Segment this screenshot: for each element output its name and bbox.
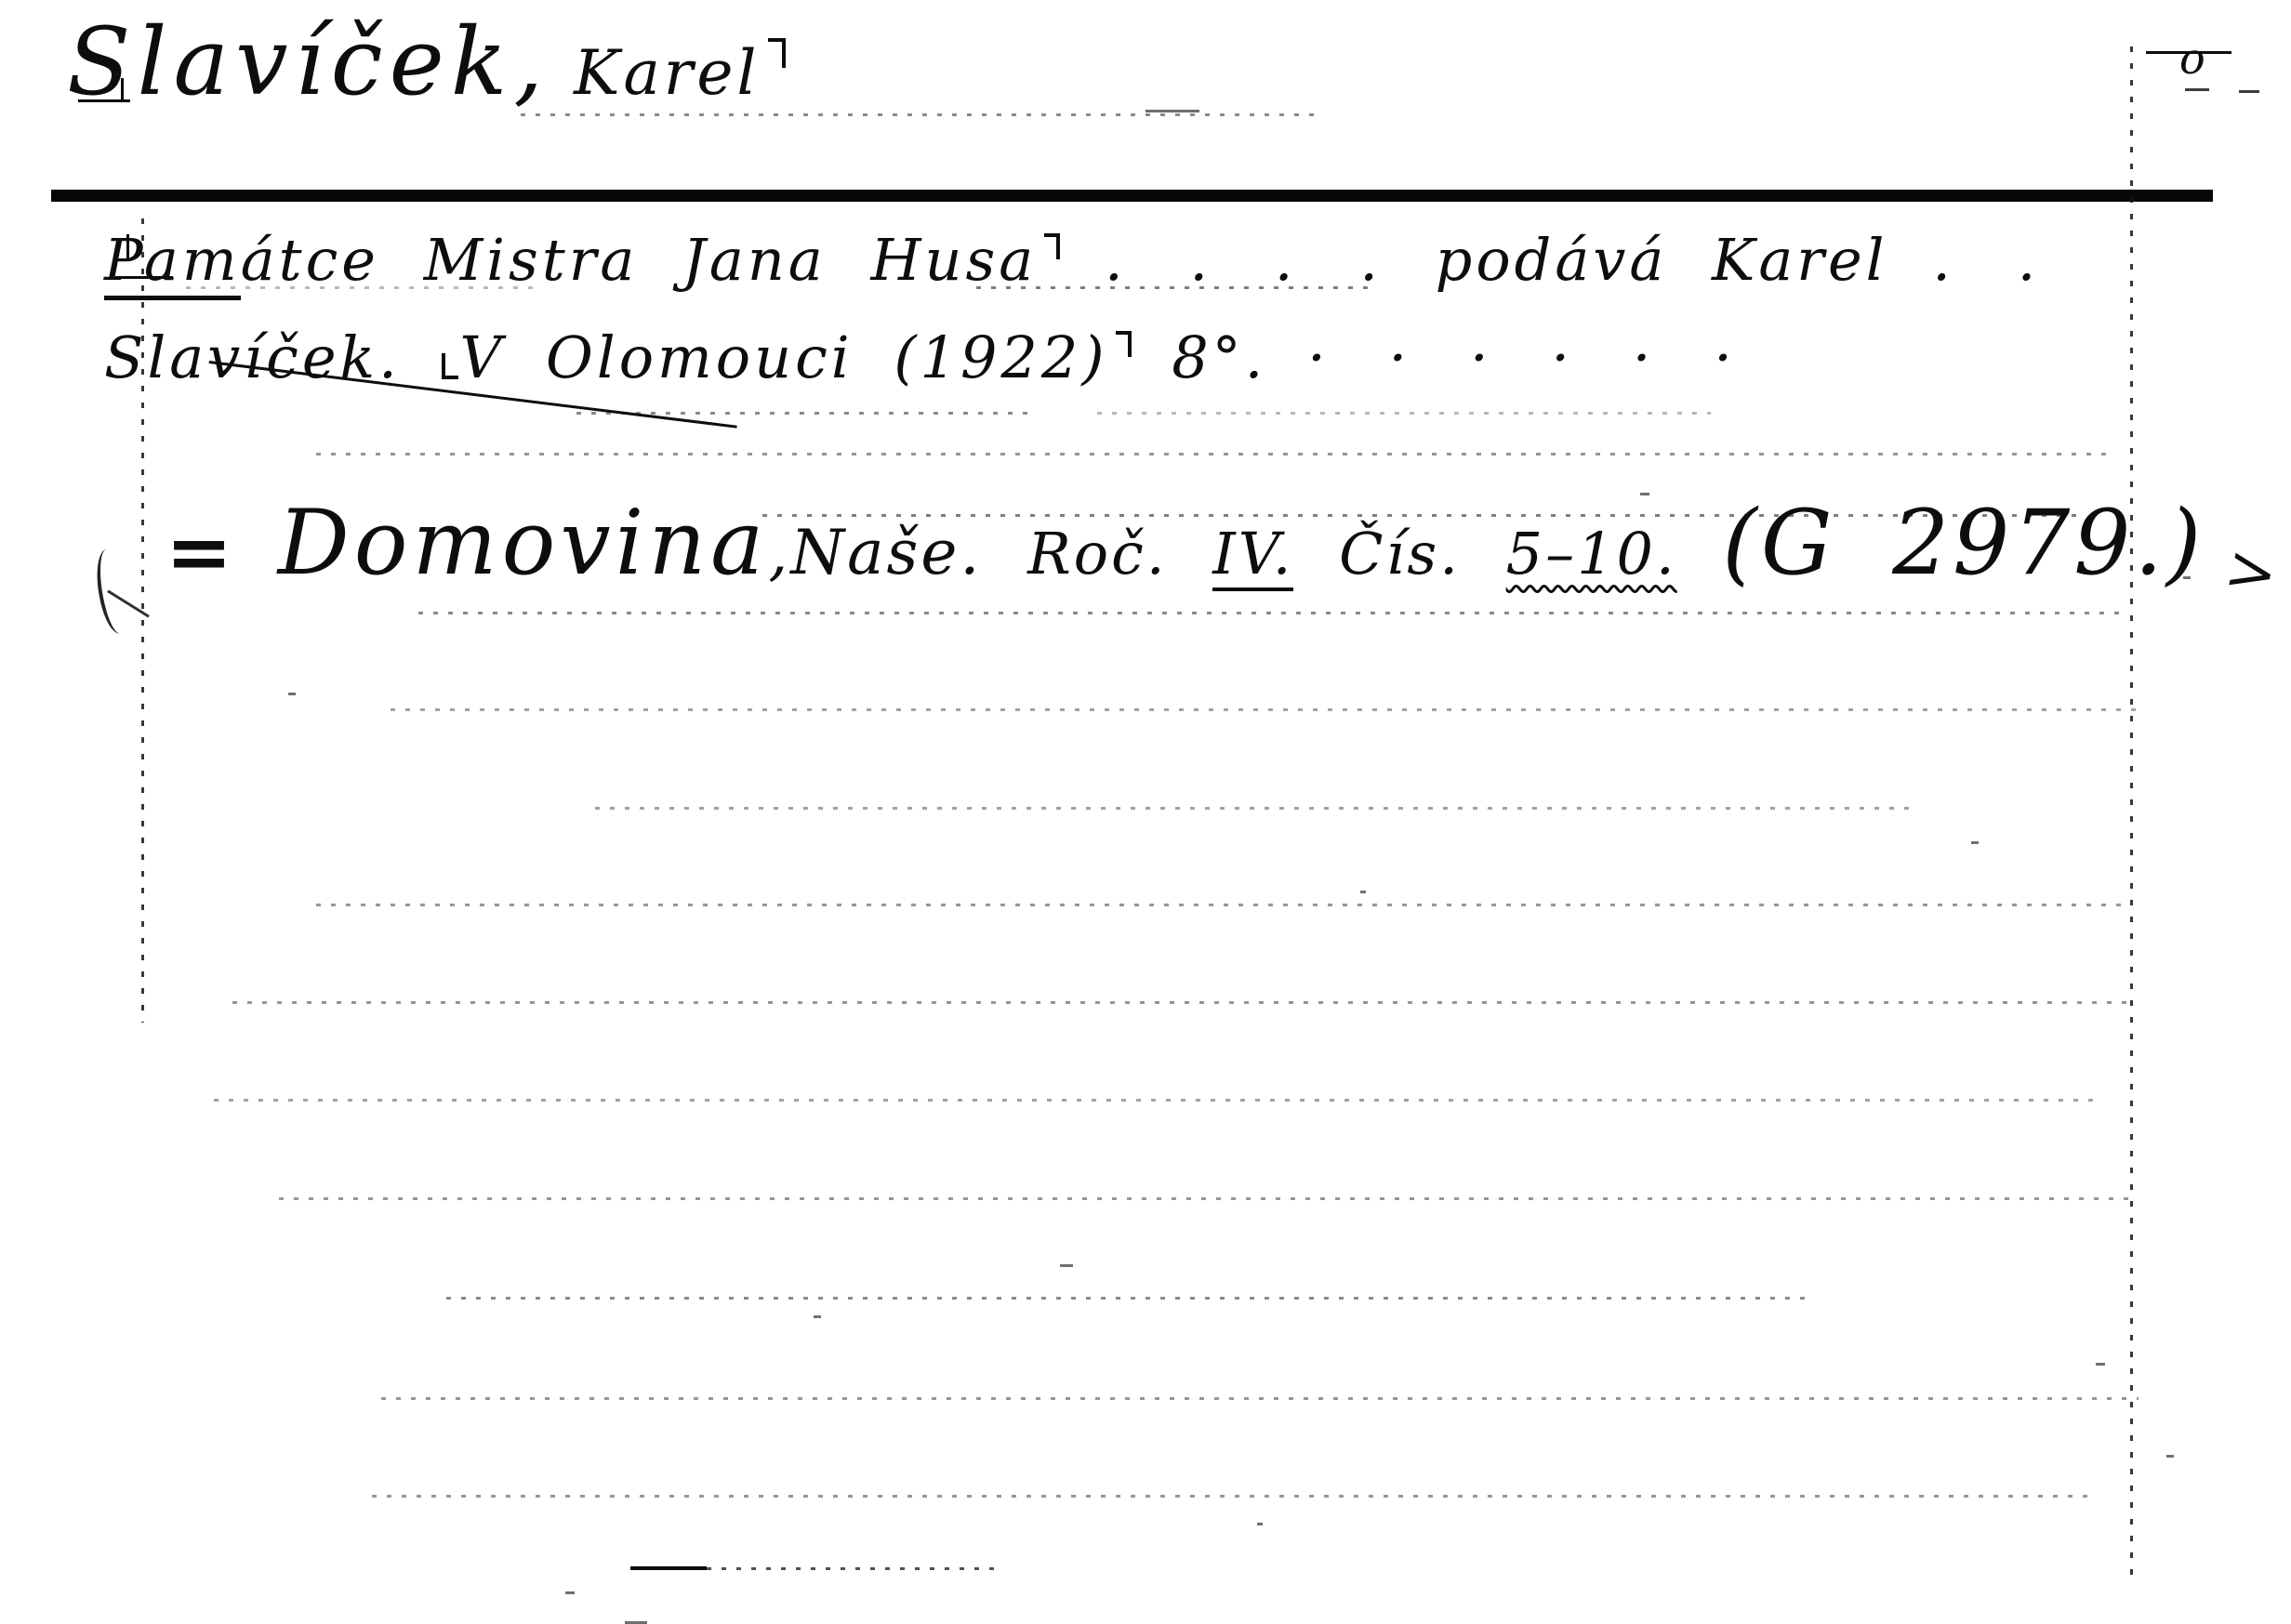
ruled-dotted-line: [707, 1567, 995, 1570]
ruled-dotted-line: [418, 612, 2129, 614]
heading-rule: [51, 190, 2213, 202]
scan-speck: [565, 1591, 575, 1594]
reference-line: = Domovina,Naše. Roč. IV. Čís. 5–10. (G …: [166, 491, 2205, 599]
title-responsibility: podává Karel: [1436, 226, 1888, 294]
ink-stroke: [2146, 51, 2231, 54]
scan-speck: [2183, 576, 2191, 579]
trailing-dots: . .: [1932, 226, 2048, 294]
ellipsis-dots: . . . .: [1105, 226, 1391, 294]
issue-range: 5–10.: [1506, 520, 1677, 588]
ink-stroke: [1145, 110, 1199, 112]
ink-stroke: [2239, 90, 2259, 93]
ruled-dotted-line: [214, 1099, 2101, 1102]
ruled-dotted-line: [232, 1001, 2129, 1004]
title-text: átce Mistra Jana Husa: [241, 226, 1038, 294]
comma: ,: [768, 517, 790, 588]
journal-title: Domovina: [278, 491, 769, 595]
corner-annotation: o: [2179, 33, 2205, 84]
scan-speck: [1360, 891, 1366, 893]
ruled-dotted-line: [1097, 412, 1711, 415]
card-heading: Slavíček,Karel: [67, 7, 786, 116]
equals-sign: =: [166, 505, 232, 599]
issue-label: Čís.: [1339, 520, 1461, 588]
ruled-dotted-line: [595, 807, 1915, 810]
ruled-dotted-line: [186, 286, 539, 289]
ruled-dotted-line: [316, 904, 2129, 906]
scan-speck: [288, 693, 296, 695]
ruled-dotted-line: [391, 708, 2139, 711]
title-line-1: Památce Mistra Jana Husa . . . . podává …: [104, 226, 2048, 294]
ruled-dotted-line: [316, 453, 2111, 456]
heading-forename: Karel: [574, 37, 760, 109]
half-bracket-close-icon: [1116, 331, 1132, 357]
catalog-card: Slavíček,Karel Památce Mistra Jana Husa …: [0, 0, 2291, 1624]
scan-speck: [1060, 1264, 1073, 1267]
half-bracket-open-icon: [442, 353, 458, 379]
title-line-2: Slavíček. V Olomouci (1922) 8°. · · · · …: [104, 323, 1745, 391]
imprint-year: (1922): [894, 323, 1107, 391]
imprint-place: V Olomouci: [460, 323, 854, 391]
ruled-dotted-line: [381, 1397, 2139, 1400]
scan-speck: [2096, 1363, 2105, 1366]
volume-number: IV.: [1212, 520, 1293, 591]
margin-scribble-icon: [91, 547, 135, 636]
ink-stroke: [126, 234, 129, 260]
ruled-dotted-line: [372, 1495, 2092, 1498]
heading-surname: Slavíček,: [67, 7, 550, 116]
scan-speck: [1257, 1523, 1263, 1525]
scan-speck: [1971, 841, 1979, 844]
half-bracket-close-icon: [1044, 233, 1060, 259]
ruled-dotted-line: [521, 113, 1320, 116]
ink-stroke: [78, 99, 130, 102]
scan-speck: [814, 1315, 821, 1318]
ink-stroke: [2185, 88, 2209, 91]
ruled-dotted-line: [976, 286, 1376, 289]
ruled-dotted-line: [762, 514, 2083, 517]
scan-speck: [2166, 1455, 2174, 1458]
margin-dotted-line: [2130, 46, 2133, 1578]
volume-label: Roč.: [1027, 520, 1167, 588]
ruled-dotted-line: [279, 1197, 2129, 1200]
right-margin-mark: >: [2219, 531, 2284, 612]
half-bracket-close-icon: [768, 38, 786, 68]
ruled-dotted-line: [446, 1297, 1813, 1300]
book-format: 8°.: [1172, 323, 1266, 391]
scan-speck: [1640, 493, 1649, 495]
ink-stroke: [115, 276, 173, 279]
ink-stroke: [630, 1566, 707, 1570]
trailing-dots: · · · · · ·: [1307, 323, 1745, 391]
title-underlined-part: Pam: [104, 226, 241, 300]
margin-dotted-line: [141, 218, 144, 1023]
journal-qualifier: Naše.: [790, 517, 982, 588]
